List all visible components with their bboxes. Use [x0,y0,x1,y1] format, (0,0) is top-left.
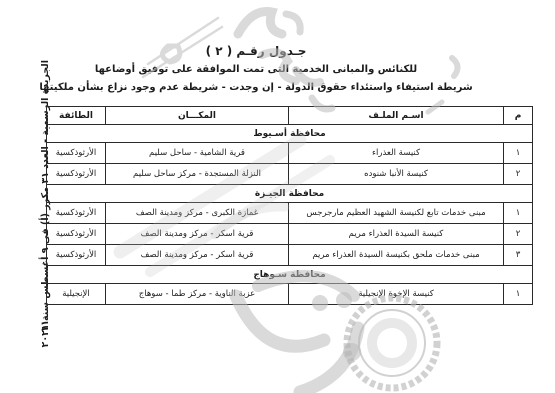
row-number: ٣ [504,245,533,266]
row-denomination: الأرثوذكسية [47,164,106,185]
table-body: محافظة أسـيوط ١ كنيسة العذراء قرية الشام… [47,125,533,305]
table-subtitle-2: شريطة استيفاء واستئداء حقوق الدولة - إن … [22,81,490,95]
column-header-denomination: الطائفة [47,107,106,125]
row-number: ١ [504,284,533,305]
row-number: ١ [504,203,533,224]
churches-table: م اسـم الملـف المكـــان الطائفة محافظة أ… [46,106,533,305]
table-subtitle-1: للكنائس والمبانى الخدمية التى تمت المواف… [22,63,490,77]
table-row: ٢ كنيسة السيدة العذراء مريم قرية اسكر - … [47,224,533,245]
row-denomination: الأرثوذكسية [47,224,106,245]
table-row: ٣ مبنى خدمات ملحق بكنيسة السيدة العذراء … [47,245,533,266]
row-location: قرية اسكر - مركز ومدينة الصف [106,224,289,245]
table-row: ١ مبنى خدمات تابع لكنيسة الشهيد العظيم م… [47,203,533,224]
gazette-page: الجريدة الرسمية - العدد ٣١ مكرر (أ) فى ٩… [0,0,555,393]
governorate-label: محافظة الجيـزة [47,185,533,203]
row-number: ٢ [504,224,533,245]
row-denomination: الإنجيلية [47,284,106,305]
governorate-label: محافظة سـوهاج [47,266,533,284]
row-location: قرية الشامية - ساحل سليم [106,143,289,164]
row-location: النزلة المستجدة - مركز ساحل سليم [106,164,289,185]
row-location: غمازة الكبرى - مركز ومدينة الصف [106,203,289,224]
row-file-name: كنيسة العذراء [289,143,504,164]
column-header-file-name: اسـم الملـف [289,107,504,125]
column-header-location: المكـــان [106,107,289,125]
page-number: ١١ [40,316,56,336]
table-header-row: م اسـم الملـف المكـــان الطائفة [47,107,533,125]
table-row: ١ كنيسة العذراء قرية الشامية - ساحل سليم… [47,143,533,164]
governorate-label: محافظة أسـيوط [47,125,533,143]
column-header-number: م [504,107,533,125]
row-file-name: مبنى خدمات ملحق بكنيسة السيدة العذراء مر… [289,245,504,266]
row-file-name: كنيسة السيدة العذراء مريم [289,224,504,245]
governorate-section-row: محافظة أسـيوط [47,125,533,143]
governorate-section-row: محافظة الجيـزة [47,185,533,203]
row-denomination: الأرثوذكسية [47,203,106,224]
table-title: جـدول رقـم ( ٢ ) [22,44,490,58]
row-number: ٢ [504,164,533,185]
row-file-name: كنيسة الأنبا شنوده [289,164,504,185]
row-denomination: الأرثوذكسية [47,245,106,266]
governorate-section-row: محافظة سـوهاج [47,266,533,284]
row-location: قرية اسكر - مركز ومدينة الصف [106,245,289,266]
table-row: ٢ كنيسة الأنبا شنوده النزلة المستجدة - م… [47,164,533,185]
row-denomination: الأرثوذكسية [47,143,106,164]
document-header: جـدول رقـم ( ٢ ) للكنائس والمبانى الخدمي… [22,44,490,98]
row-location: عزبة الناوية - مركز طما - سوهاج [106,284,289,305]
row-number: ١ [504,143,533,164]
row-file-name: مبنى خدمات تابع لكنيسة الشهيد العظيم مار… [289,203,504,224]
row-file-name: كنيسة الإخوة الإنجيلية [289,284,504,305]
table-row: ١ كنيسة الإخوة الإنجيلية عزبة الناوية - … [47,284,533,305]
